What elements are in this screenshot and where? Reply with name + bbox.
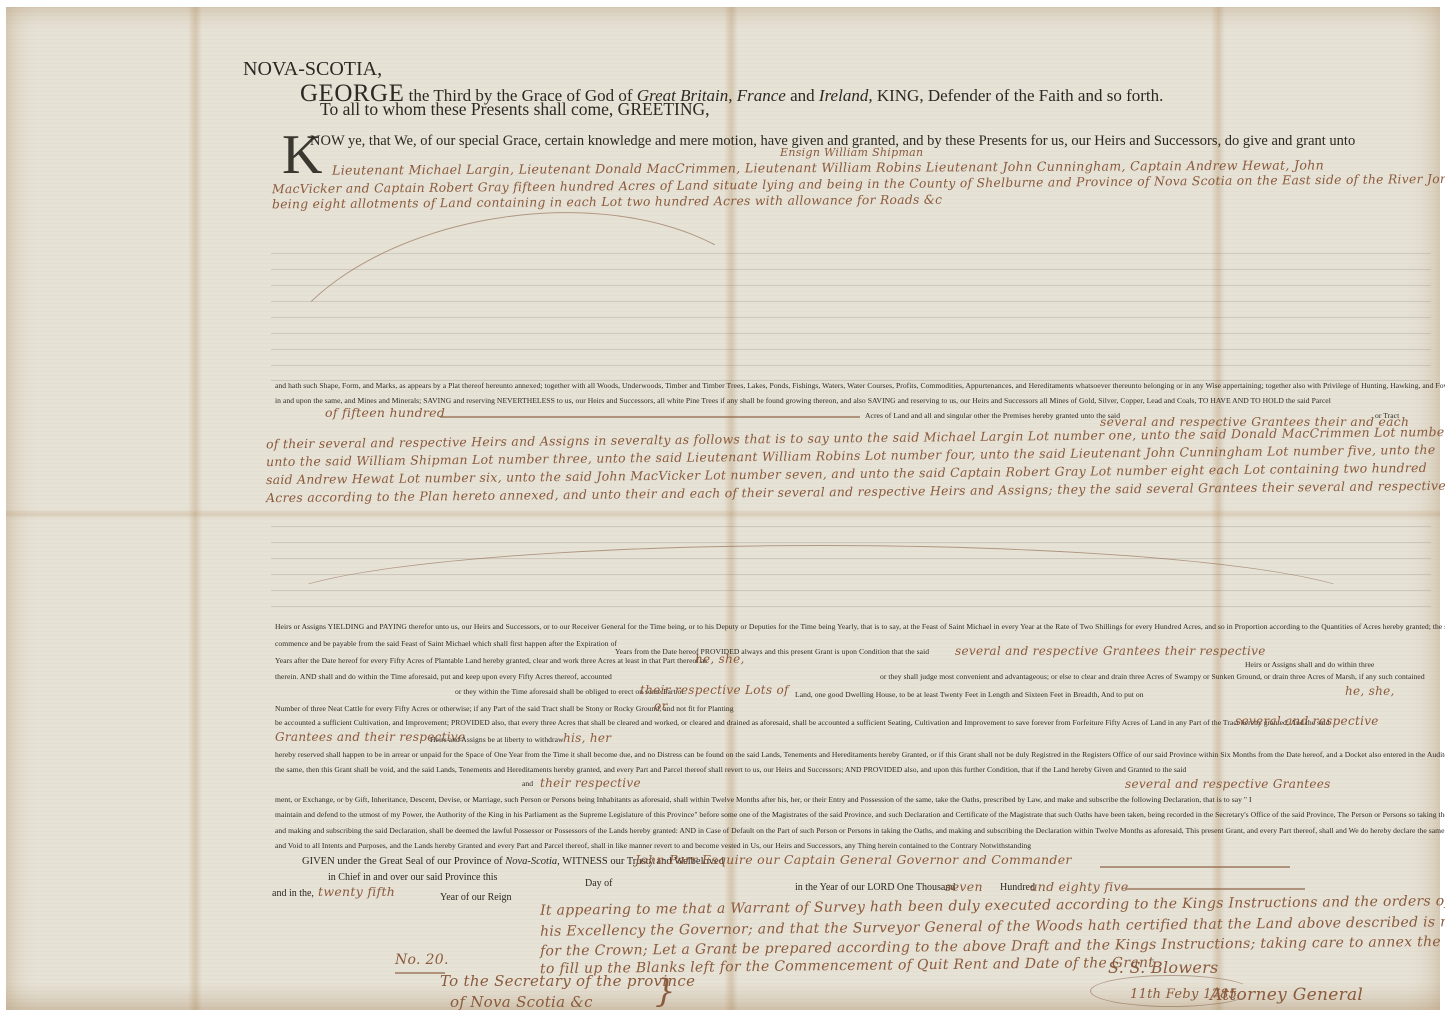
brace-mark: } [655,972,676,1010]
condition-line: be accounted a sufficient Cultivation, a… [275,718,1330,727]
greeting-line: To all to whom these Presents shall come… [320,99,710,120]
docket-number: No. 20. [395,952,449,968]
condition-line: the same, then this Grant shall be void,… [275,765,1186,774]
governor-name: John Parr Esquire our Captain General Go… [635,852,1072,867]
condition-line: Heirs and Assigns be at liberty to withd… [430,735,564,744]
habendum-print-line-2: in and upon the same, and Mines and Mine… [275,396,1331,405]
condition-line: hereby reserved shall happen to be in ar… [275,750,1445,759]
torn-edge [0,1012,1445,1020]
condition-line: and making and subscribing the said Decl… [275,826,1445,835]
jurisdiction-heading: NOVA-SCOTIA, [243,58,382,81]
condition-line: and Void to all Intents and Purposes, an… [275,841,1031,850]
signature-flourish [1090,975,1252,1007]
condition-line: Heirs or Assigns YIELDING and PAYING the… [275,622,1445,631]
regnal-year: twenty fifth [318,884,395,899]
interlined-grantee: Ensign William Shipman [780,146,923,159]
habendum-print-line-1: and hath such Shape, Form, and Marks, as… [275,381,1445,390]
condition-line: maintain and defend to the utmost of my … [275,810,1445,819]
docket-address-line-2: of Nova Scotia &c [450,993,593,1011]
condition-line: therein. AND shall and do within the Tim… [275,672,612,681]
condition-line: ment, or Exchange, or by Gift, Inheritan… [275,795,1252,804]
condition-line: Years after the Date hereof for every Fi… [275,656,707,665]
acreage-hand: of fifteen hundred [325,405,445,420]
fold-crease [6,509,1440,519]
condition-line: commence and be payable from the said Fe… [275,639,617,648]
